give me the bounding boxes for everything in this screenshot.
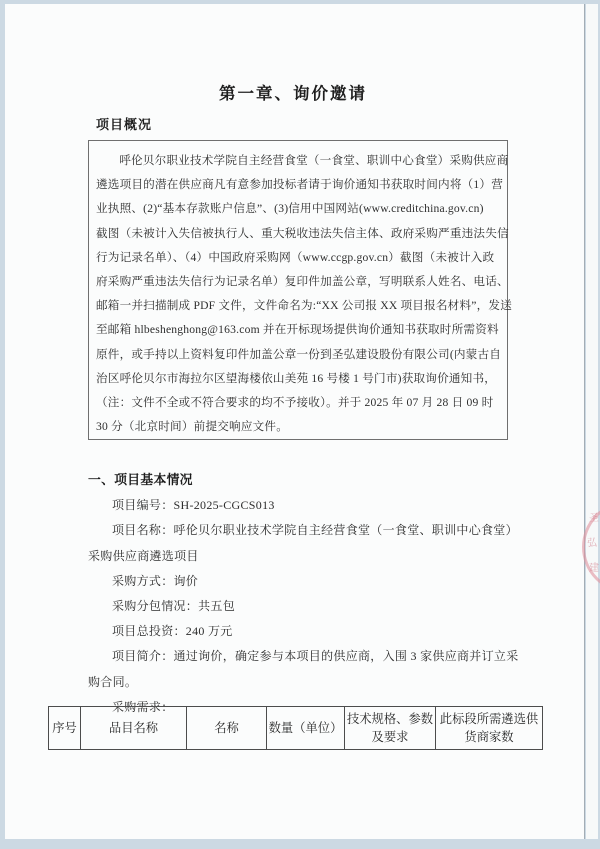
basic-info-section: 一、项目基本情况 项目编号：SH-2025-CGCS013 项目名称：呼伦贝尔职… bbox=[88, 468, 524, 720]
stamp-text-fragment: 建 bbox=[589, 564, 599, 574]
info-line-project-brief: 项目简介：通过询价，确定参与本项目的供应商，入围 3 家供应商并订立采 bbox=[88, 644, 524, 669]
page-edge-sliver bbox=[586, 4, 598, 839]
overview-line: 邮箱一并扫描制成 PDF 文件，文件命名为:“XX 公司报 XX 项目报名材料”… bbox=[96, 294, 500, 318]
overview-line: 治区呼伦贝尔市海拉尔区望海楼依山美苑 16 号楼 1 号门市)获取询价通知书， bbox=[96, 367, 500, 391]
table-header-supplier-count: 此标段所需遴选供货商家数 bbox=[436, 707, 543, 750]
overview-line: 遴选项目的潜在供应商凡有意参加投标者请于询价通知书获取时间内将（1）营 bbox=[96, 173, 500, 197]
stamp-text-fragment: 弘 bbox=[587, 539, 597, 549]
stamp-text-fragment: 圣 bbox=[589, 514, 599, 524]
overview-line: 原件，或手持以上资料复印件加盖公章一份到圣弘建设股份有限公司(内蒙古自 bbox=[96, 343, 500, 367]
info-line-project-name-cont: 采购供应商遴选项目 bbox=[88, 544, 524, 569]
table-header-name: 名称 bbox=[187, 707, 267, 750]
overview-line: 30 分（北京时间）前提交响应文件。 bbox=[96, 415, 500, 439]
table-header-row: 序号 品目名称 名称 数量（单位） 技术规格、参数及要求 此标段所需遴选供货商家… bbox=[49, 707, 543, 750]
table-header-item-name: 品目名称 bbox=[81, 707, 187, 750]
overview-line: 业执照、(2)“基本存款账户信息”、(3)信用中国网站(www.creditch… bbox=[96, 197, 500, 221]
overview-line: （注：文件不全或不符合要求的均不予接收）。并于 2025 年 07 月 28 日… bbox=[96, 391, 500, 415]
procurement-requirements-table: 序号 品目名称 名称 数量（单位） 技术规格、参数及要求 此标段所需遴选供货商家… bbox=[48, 706, 543, 750]
info-line-lot-division: 采购分包情况：共五包 bbox=[88, 594, 524, 619]
table-header-quantity: 数量（单位） bbox=[267, 707, 345, 750]
overview-line: 截图（未被计入失信被执行人、重大税收违法失信主体、政府采购严重违法失信 bbox=[96, 222, 500, 246]
project-overview-box: 呼伦贝尔职业技术学院自主经营食堂（一食堂、职训中心食堂）采购供应商 遴选项目的潜… bbox=[88, 140, 508, 440]
info-line-project-brief-cont: 购合同。 bbox=[88, 670, 524, 695]
overview-line: 行为记录名单）、（4）中国政府采购网（www.ccgp.gov.cn）截图（未被… bbox=[96, 246, 500, 270]
info-line-total-investment: 项目总投资：240 万元 bbox=[88, 619, 524, 644]
info-line-project-number: 项目编号：SH-2025-CGCS013 bbox=[88, 493, 524, 518]
overview-line: 府采购严重违法失信行为记录名单）复印件加盖公章，写明联系人姓名、电话、 bbox=[96, 270, 500, 294]
project-overview-heading: 项目概况 bbox=[96, 114, 152, 133]
info-line-project-name: 项目名称：呼伦贝尔职业技术学院自主经营食堂（一食堂、职训中心食堂） bbox=[88, 518, 524, 543]
table-header-tech-spec: 技术规格、参数及要求 bbox=[345, 707, 436, 750]
overview-line: 呼伦贝尔职业技术学院自主经营食堂（一食堂、职训中心食堂）采购供应商 bbox=[96, 149, 500, 173]
chapter-title: 第一章、询价邀请 bbox=[0, 80, 586, 104]
table-header-seq: 序号 bbox=[49, 707, 81, 750]
info-line-procurement-method: 采购方式：询价 bbox=[88, 569, 524, 594]
basic-info-heading: 一、项目基本情况 bbox=[88, 468, 524, 493]
overview-line: 至邮箱 hlbeshenghong@163.com 并在开标现场提供询价通知书获… bbox=[96, 318, 500, 342]
